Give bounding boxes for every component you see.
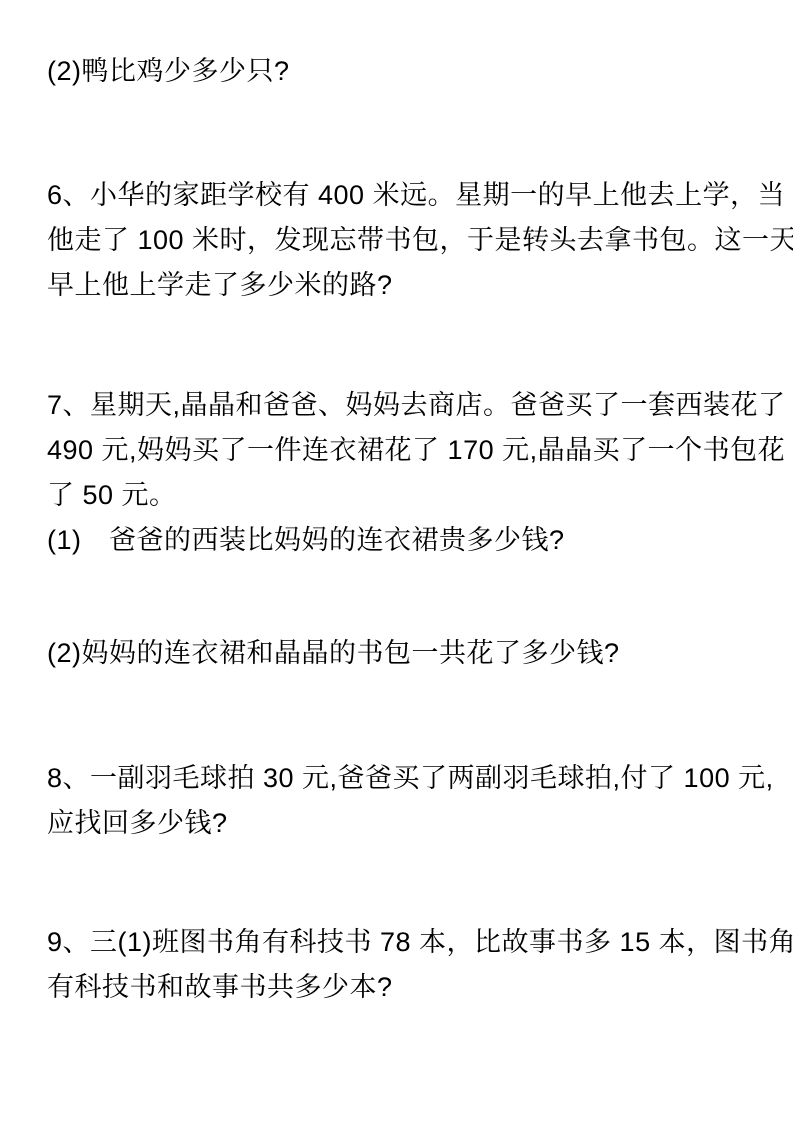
problem-7: 7、星期天,晶晶和爸爸、妈妈去商店。爸爸买了一套西装花了 490 元,妈妈买了一… xyxy=(47,383,753,563)
problem-9-line-2: 有科技书和故事书共多少本? xyxy=(47,965,753,1010)
problem-7-sub2-line-1: (2)妈妈的连衣裙和晶晶的书包一共花了多少钱? xyxy=(47,631,753,676)
problem-5-sub2-line-1: (2)鸭比鸡少多少只? xyxy=(47,49,753,94)
problem-8-line-1: 8、一副羽毛球拍 30 元,爸爸买了两副羽毛球拍,付了 100 元, xyxy=(47,756,753,801)
problem-6-line-1: 6、小华的家距学校有 400 米远。星期一的早上他去上学，当 xyxy=(47,173,753,218)
problem-6: 6、小华的家距学校有 400 米远。星期一的早上他去上学，当 他走了 100 米… xyxy=(47,173,753,308)
problem-7-sub2: (2)妈妈的连衣裙和晶晶的书包一共花了多少钱? xyxy=(47,631,753,676)
problem-6-line-2: 他走了 100 米时，发现忘带书包，于是转头去拿书包。这一天 xyxy=(47,218,753,263)
problem-9: 9、三(1)班图书角有科技书 78 本，比故事书多 15 本，图书角 有科技书和… xyxy=(47,920,753,1010)
problem-9-line-1: 9、三(1)班图书角有科技书 78 本，比故事书多 15 本，图书角 xyxy=(47,920,753,965)
problem-8: 8、一副羽毛球拍 30 元,爸爸买了两副羽毛球拍,付了 100 元, 应找回多少… xyxy=(47,756,753,846)
problem-7-sub1-line: (1) 爸爸的西装比妈妈的连衣裙贵多少钱? xyxy=(47,518,753,563)
problem-8-line-2: 应找回多少钱? xyxy=(47,801,753,846)
problem-5-sub2: (2)鸭比鸡少多少只? xyxy=(47,49,753,94)
problem-7-line-2: 490 元,妈妈买了一件连衣裙花了 170 元,晶晶买了一个书包花 xyxy=(47,428,753,473)
problem-6-line-3: 早上他上学走了多少米的路? xyxy=(47,263,753,308)
problem-7-line-1: 7、星期天,晶晶和爸爸、妈妈去商店。爸爸买了一套西装花了 xyxy=(47,383,753,428)
worksheet-page: (2)鸭比鸡少多少只? 6、小华的家距学校有 400 米远。星期一的早上他去上学… xyxy=(0,0,793,1122)
problem-7-line-3: 了 50 元。 xyxy=(47,473,753,518)
